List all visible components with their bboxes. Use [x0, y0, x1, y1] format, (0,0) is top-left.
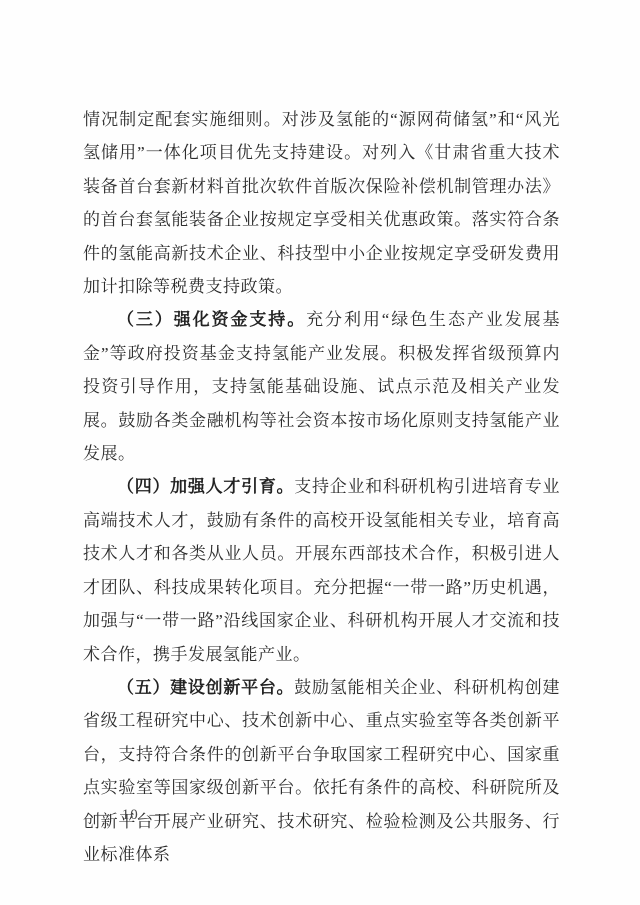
paragraph-text: 鼓励氢能相关企业、科研机构创建省级工程研究中心、技术创新中心、重点实验室等各类创…	[83, 678, 560, 864]
paragraph-text: 情况制定配套实施细则。对涉及氢能的“源网荷储氢”和“风光氢储用”一体化项目优先支…	[83, 110, 560, 296]
document-page: 情况制定配套实施细则。对涉及氢能的“源网荷储氢”和“风光氢储用”一体化项目优先支…	[0, 0, 640, 905]
page-number: — 10 —	[95, 804, 166, 826]
paragraph-heading: （五）建设创新平台。	[117, 678, 294, 697]
paragraph: （三）强化资金支持。充分利用“绿色生态产业发展基金”等政府投资基金支持氢能产业发…	[83, 303, 560, 470]
paragraph-text: 充分利用“绿色生态产业发展基金”等政府投资基金支持氢能产业发展。积极发挥省级预算…	[83, 310, 560, 463]
paragraph: （五）建设创新平台。鼓励氢能相关企业、科研机构创建省级工程研究中心、技术创新中心…	[83, 671, 560, 871]
paragraph: 情况制定配套实施细则。对涉及氢能的“源网荷储氢”和“风光氢储用”一体化项目优先支…	[83, 103, 560, 303]
paragraph-heading: （三）强化资金支持。	[117, 310, 306, 329]
paragraph-text: 支持企业和科研机构引进培育专业高端技术人才，鼓励有条件的高校开设氢能相关专业，培…	[83, 477, 560, 663]
paragraph: （四）加强人才引育。支持企业和科研机构引进培育专业高端技术人才，鼓励有条件的高校…	[83, 470, 560, 670]
paragraph-heading: （四）加强人才引育。	[117, 477, 294, 496]
document-body: 情况制定配套实施细则。对涉及氢能的“源网荷储氢”和“风光氢储用”一体化项目优先支…	[83, 103, 560, 871]
